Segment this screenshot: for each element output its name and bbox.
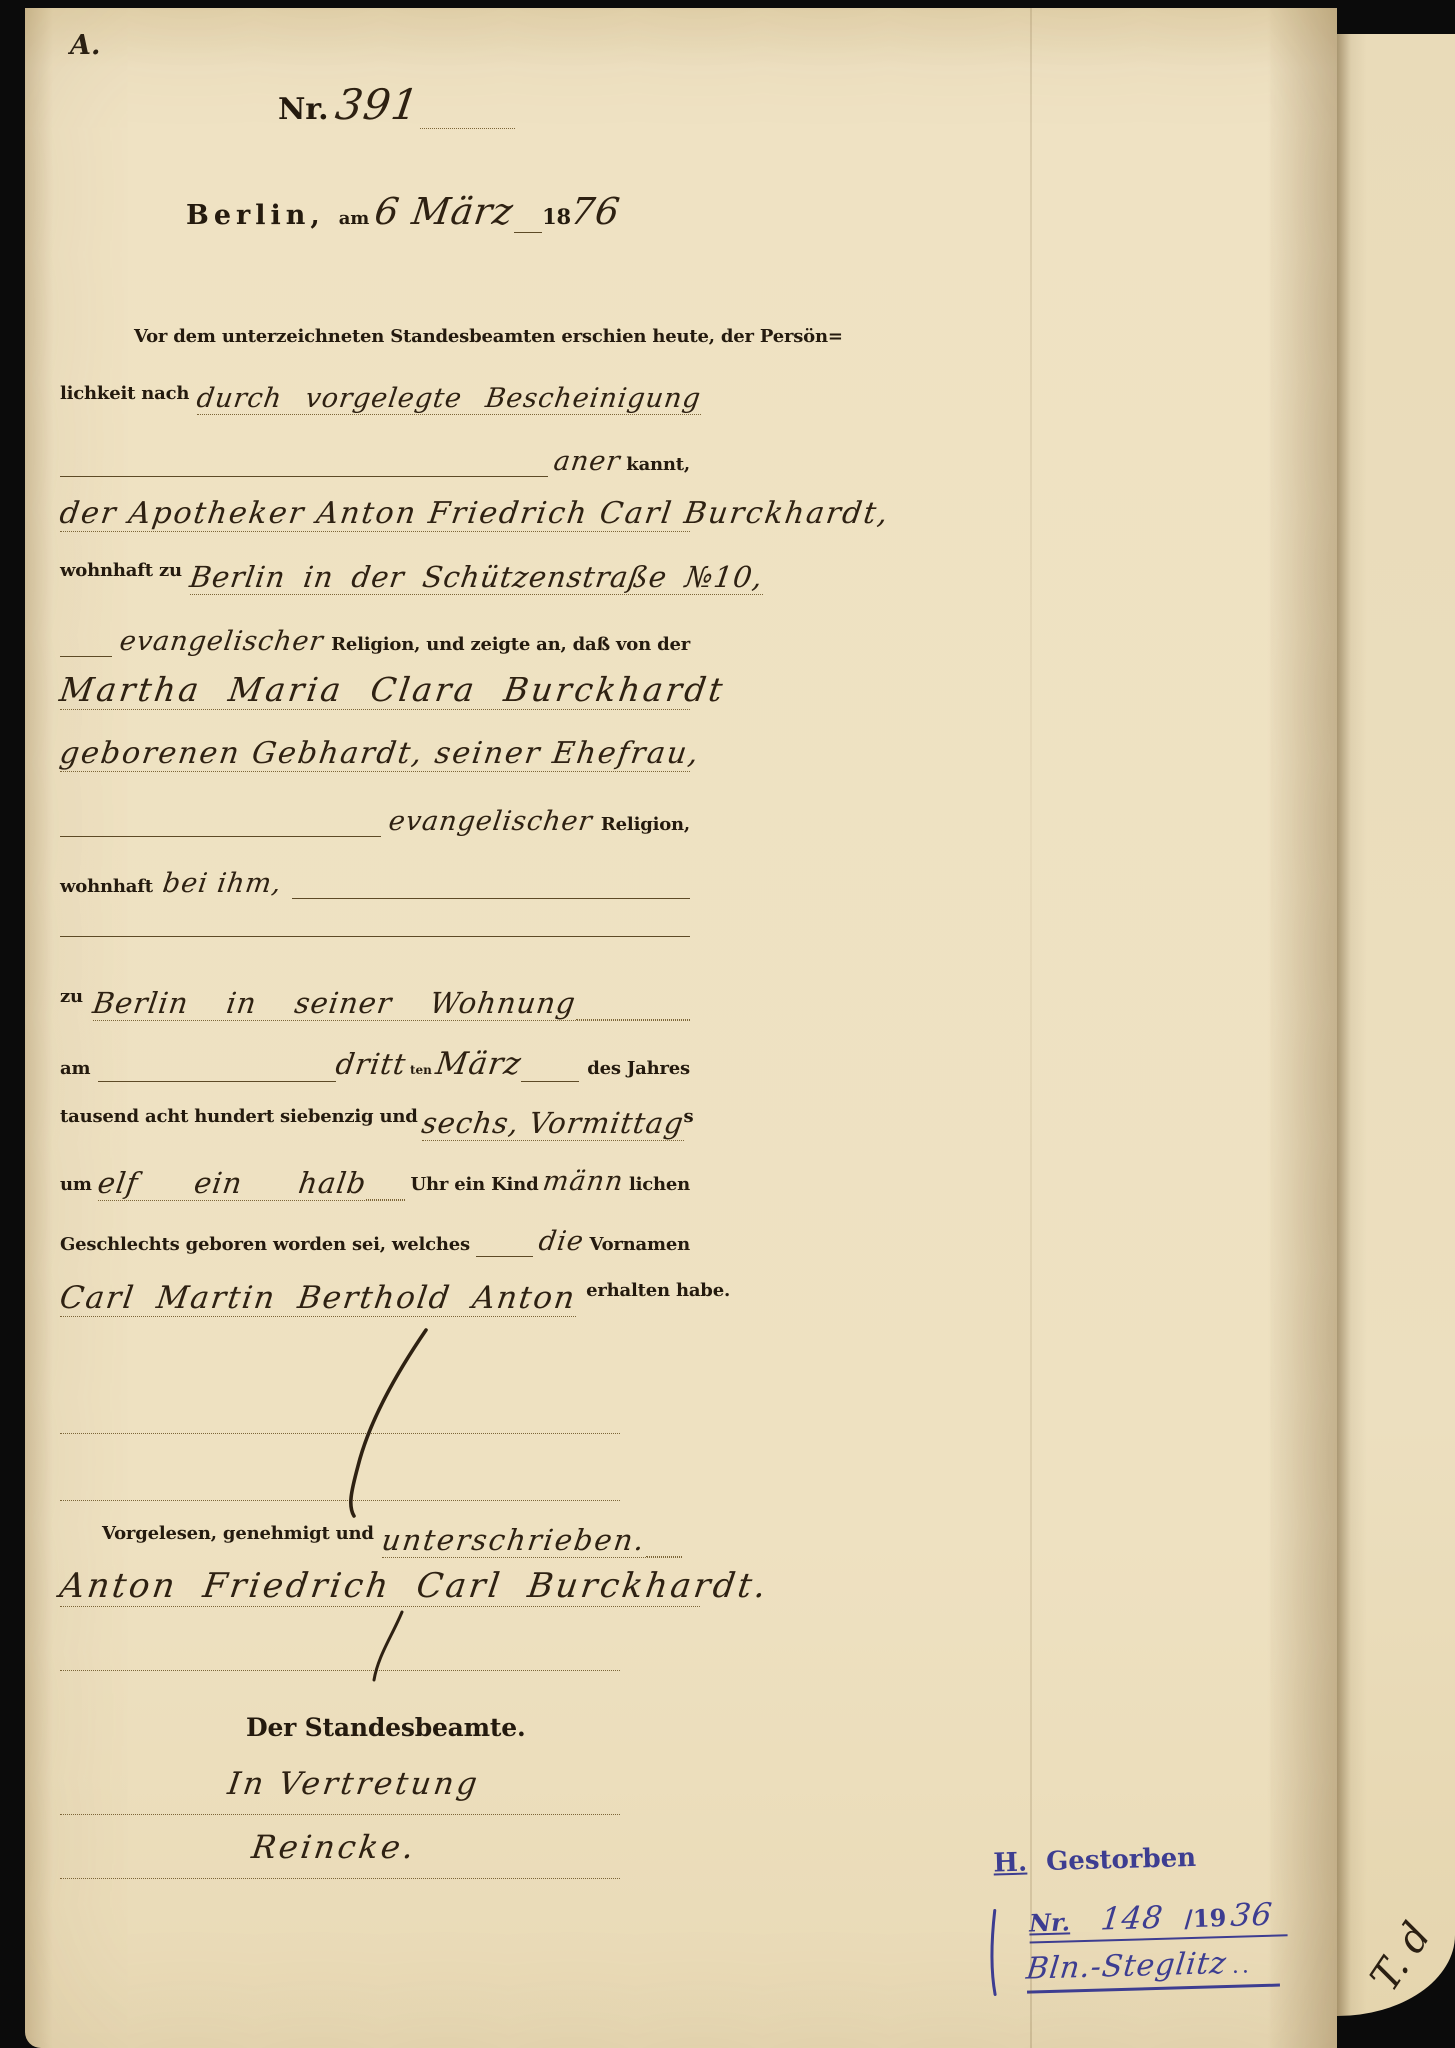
body-line-16-rule <box>476 1226 533 1257</box>
body-line-13-sup: ten <box>410 1063 432 1077</box>
dateline-city: Berlin, <box>186 200 325 231</box>
next-page-fore-edge: T. d <box>1337 34 1455 2016</box>
body-line-17-print: erhalten habe. <box>586 1280 730 1301</box>
dateline-date: 6 März <box>372 190 516 233</box>
body-line-12: zu Berlin in seiner Wohnung <box>60 986 690 1021</box>
dateline: Berlin, am 6 März 18 76 <box>60 190 620 233</box>
birthday-script: dritt <box>334 1047 409 1081</box>
body-line-14-print: tausend acht hundert siebenzig und <box>60 1106 418 1127</box>
birthyear-time-script: sechs, Vormittag <box>419 1106 686 1140</box>
stamp-stray-mark <box>983 1908 1006 1999</box>
stamp-place-dots: .. <box>1231 1953 1252 1979</box>
body-line-13: am dritt ten März des Jahres <box>60 1046 690 1082</box>
dateline-year-print: 18 <box>542 204 571 229</box>
body-line-2-script: durch vorgelegte Bescheinigung <box>195 383 703 414</box>
body-line-14: tausend acht hundert siebenzig und sechs… <box>60 1106 690 1141</box>
body-line-9-print: Religion, <box>601 814 690 835</box>
document-text-column: Nr. 391 Berlin, am 6 März 18 76 Vor dem … <box>60 8 690 2048</box>
registrar-title-line: Der Standesbeamte. <box>60 1713 690 1742</box>
stamp-initial: H. <box>993 1848 1027 1879</box>
closing-rule <box>646 1523 682 1557</box>
body-line-5: wohnhaft zu Berlin in der Schützenstraße… <box>60 560 690 595</box>
body-line-2-print: lichkeit nach <box>60 383 189 404</box>
body-line-10-script: bei ihm, <box>161 868 284 899</box>
dateline-rule <box>514 190 543 233</box>
body-line-6-rule <box>60 626 112 657</box>
page-fold-line <box>1030 8 1032 2048</box>
dateline-year-script: 76 <box>568 190 623 233</box>
stamp-year-prefix: /19 <box>1184 1903 1227 1933</box>
body-line-1: Vor dem unterzeichneten Standesbeamten e… <box>60 326 690 347</box>
closing-line: Vorgelesen, genehmigt und unterschrieben… <box>60 1523 690 1558</box>
declarant-signature: Anton Friedrich Carl Burckhardt. <box>57 1566 771 1606</box>
body-line-6: evangelischer Religion, und zeigte an, d… <box>60 626 690 657</box>
record-number-line: Nr. 391 <box>60 80 690 129</box>
body-line-5-print: wohnhaft zu <box>60 560 182 581</box>
blank-rule-line <box>60 936 690 937</box>
body-line-15-rule <box>366 1166 404 1200</box>
registrar-rule-1 <box>60 1814 620 1815</box>
declarant-signature-line: Anton Friedrich Carl Burckhardt. <box>60 1566 700 1607</box>
register-left-page: A. Nr. 391 Berlin, am 6 März 18 76 Vor d… <box>25 8 1337 2048</box>
record-number-label: Nr. <box>278 92 328 127</box>
body-line-3-script: aner <box>552 446 623 477</box>
record-number-value: 391 <box>333 80 423 129</box>
body-line-16: Geschlechts geboren worden sei, welches … <box>60 1226 690 1257</box>
blank-rule <box>60 936 690 937</box>
body-line-8: geborenen Gebhardt, seiner Ehefrau, <box>60 736 690 772</box>
mother-name-script: Martha Maria Clara Burckhardt <box>57 670 728 709</box>
stamp-place: Bln.-Steglitz <box>1024 1946 1228 1987</box>
body-line-13-am: am <box>60 1058 90 1079</box>
registrar-signature-line-2: Reincke. <box>60 1828 690 1866</box>
stamp-place-line: Bln.-Steglitz .. <box>1026 1945 1280 1994</box>
registrar-signature-2: Reincke. <box>249 1828 419 1866</box>
body-line-16-print: Geschlechts geboren worden sei, welches <box>60 1234 470 1255</box>
registrar-signature-line-1: In Vertretung <box>60 1766 690 1802</box>
religion-2-script: evangelischer <box>387 806 595 837</box>
religion-1-script: evangelischer <box>117 626 325 657</box>
pen-flourish-stroke <box>328 1326 448 1521</box>
body-line-12-print: zu <box>60 986 83 1007</box>
body-line-15-um: um <box>60 1174 92 1195</box>
gender-script: männ <box>541 1166 626 1197</box>
body-line-15-mid: Uhr ein Kind <box>411 1174 539 1195</box>
body-line-16-tail: Vornamen <box>589 1234 690 1255</box>
birthplace-script: Berlin in seiner Wohnung <box>91 986 579 1020</box>
body-line-3-print: kannt, <box>626 454 690 475</box>
body-line-13-tail: des Jahres <box>587 1058 690 1079</box>
body-line-3: aner kannt, <box>60 446 690 477</box>
registrar-title: Der Standesbeamte. <box>246 1713 526 1742</box>
body-line-10-print: wohnhaft <box>60 876 153 897</box>
birthmonth-script: März <box>433 1046 523 1082</box>
stamp-year-value: 36 <box>1229 1897 1274 1934</box>
body-line-10: wohnhaft bei ihm, <box>60 868 690 899</box>
dateline-am: am <box>339 208 369 229</box>
registrar-rule-2 <box>60 1878 620 1879</box>
body-line-9-rule <box>60 806 381 837</box>
body-line-7: Martha Maria Clara Burckhardt <box>60 670 690 710</box>
body-line-15: um elf ein halb Uhr ein Kind männ lichen <box>60 1166 690 1201</box>
stamp-number-line: Nr. 148 /19 36 <box>1029 1896 1288 1943</box>
mother-birthname-script: geborenen Gebhardt, seiner Ehefrau, <box>58 736 703 771</box>
declarant-name-script: der Apotheker Anton Friedrich Carl Burck… <box>58 496 892 531</box>
body-line-17: Carl Martin Berthold Anton erhalten habe… <box>60 1280 690 1317</box>
stamp-line-1: H. Gestorben <box>993 1840 1314 1879</box>
body-line-4: der Apotheker Anton Friedrich Carl Burck… <box>60 496 690 532</box>
scan-background: { "colors": { "paper": "#eee1c1", "ink":… <box>0 0 1455 2048</box>
body-line-12-rule <box>576 986 690 1020</box>
corner-handwriting-fragment: T. d <box>1362 1914 1440 1999</box>
body-line-15-tail: lichen <box>629 1174 690 1195</box>
stamp-no-label: Nr. <box>1029 1907 1071 1937</box>
body-line-9: evangelischer Religion, <box>60 806 690 837</box>
body-line-10-rule <box>292 868 690 899</box>
gestorben-stamp: H. Gestorben Nr. 148 /19 36 Bln.-Steglit… <box>993 1840 1317 1995</box>
body-line-16-script: die <box>536 1226 585 1257</box>
body-line-13-rule1 <box>98 1046 336 1082</box>
body-line-2: lichkeit nach durch vorgelegte Bescheini… <box>60 383 690 415</box>
closing-print: Vorgelesen, genehmigt und <box>102 1523 374 1544</box>
child-names-script: Carl Martin Berthold Anton <box>57 1280 578 1316</box>
registrar-signature-1: In Vertretung <box>225 1766 482 1802</box>
stamp-word: Gestorben <box>1046 1843 1197 1877</box>
body-line-1-text: Vor dem unterzeichneten Standesbeamten e… <box>134 326 843 347</box>
record-number-rule <box>420 80 515 129</box>
declarant-address-script: Berlin in der Schützenstraße №10, <box>187 560 765 594</box>
body-line-6-print: Religion, und zeigte an, daß von der <box>331 634 690 655</box>
body-line-3-rule <box>60 446 548 477</box>
pen-flourish-stroke-2 <box>360 1610 420 1685</box>
stamp-no-value: 148 <box>1099 1900 1165 1938</box>
closing-script: unterschrieben. <box>379 1523 648 1557</box>
body-line-13-rule2 <box>521 1046 579 1082</box>
birthhour-script: elf ein halb <box>95 1166 368 1200</box>
empty-rule-3 <box>60 1670 620 1671</box>
